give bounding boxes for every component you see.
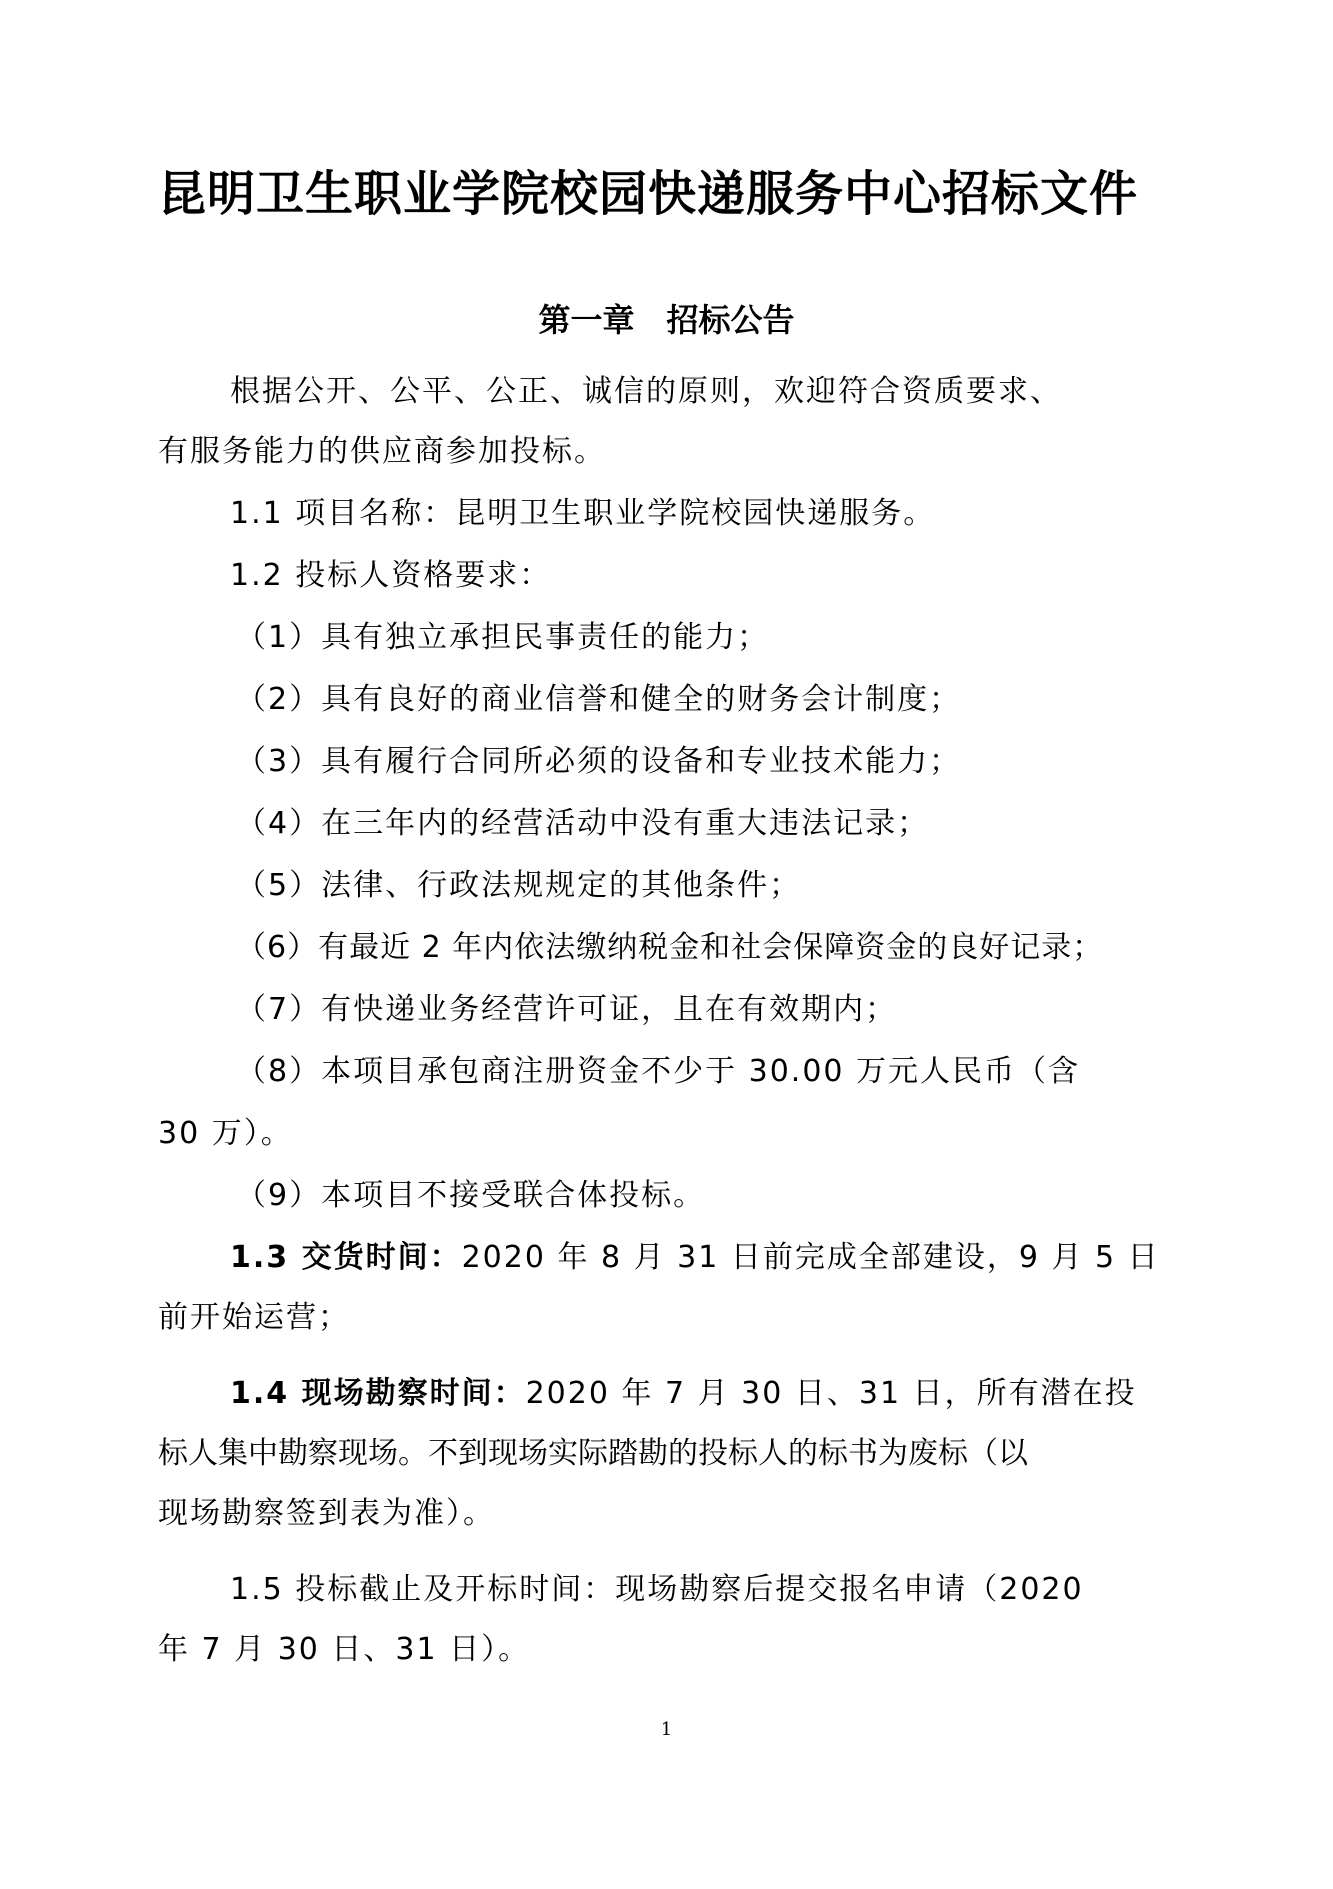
- section-1-1: 1.1 项目名称：昆明卫生职业学院校园快递服务。: [230, 494, 935, 534]
- section-1-4-label: 1.4 现场勘察时间：: [230, 1376, 526, 1411]
- requirement-1: （1）具有独立承担民事责任的能力；: [236, 618, 769, 658]
- section-1-4-line-1: 2020 年 7 月 30 日、31 日，所有潜在投: [526, 1376, 1137, 1411]
- requirement-8: （8）本项目承包商注册资金不少于 30.00 万元人民币（含: [236, 1052, 1080, 1092]
- section-1-3-line-2: 前开始运营；: [158, 1298, 350, 1338]
- requirement-5: （5）法律、行政法规规定的其他条件；: [236, 866, 801, 906]
- intro-line-2: 有服务能力的供应商参加投标。: [158, 432, 606, 472]
- requirement-6: （6）有最近 2 年内依法缴纳税金和社会保障资金的良好记录；: [236, 928, 1103, 968]
- document-page: 昆明卫生职业学院校园快递服务中心招标文件 第一章 招标公告 根据公开、公平、公正…: [0, 0, 1333, 1889]
- section-1-4: 1.4 现场勘察时间：2020 年 7 月 30 日、31 日，所有潜在投: [230, 1374, 1137, 1414]
- intro-line-1: 根据公开、公平、公正、诚信的原则，欢迎符合资质要求、: [230, 372, 1062, 412]
- requirement-9: （9）本项目不接受联合体投标。: [236, 1176, 705, 1216]
- section-1-3-line-1: 2020 年 8 月 31 日前完成全部建设，9 月 5 日: [462, 1240, 1160, 1275]
- section-1-5-label: 1.5 投标截止及开标时间：: [230, 1572, 615, 1607]
- requirement-8-cont: 30 万）。: [158, 1114, 293, 1154]
- document-title: 昆明卫生职业学院校园快递服务中心招标文件: [158, 162, 1198, 226]
- section-1-5: 1.5 投标截止及开标时间：现场勘察后提交报名申请（2020: [230, 1570, 1084, 1610]
- section-1-2-label: 1.2 投标人资格要求：: [230, 556, 551, 596]
- section-1-5-line-2: 年 7 月 30 日、31 日）。: [158, 1630, 530, 1670]
- requirement-7: （7）有快递业务经营许可证，且在有效期内；: [236, 990, 897, 1030]
- requirement-3: （3）具有履行合同所必须的设备和专业技术能力；: [236, 742, 961, 782]
- chapter-title: 第一章 招标公告: [0, 298, 1333, 342]
- page-number: 1: [0, 1718, 1333, 1742]
- section-1-4-line-3: 现场勘察签到表为准）。: [158, 1494, 495, 1534]
- requirement-4: （4）在三年内的经营活动中没有重大违法记录；: [236, 804, 929, 844]
- section-1-1-label: 1.1 项目名称：: [230, 496, 455, 531]
- section-1-5-line-1: 现场勘察后提交报名申请（2020: [615, 1572, 1083, 1607]
- section-1-4-line-2: 标人集中勘察现场。不到现场实际踏勘的投标人的标书为废标（以: [158, 1434, 1028, 1474]
- section-1-1-text: 昆明卫生职业学院校园快递服务。: [455, 496, 935, 531]
- requirement-2: （2）具有良好的商业信誉和健全的财务会计制度；: [236, 680, 961, 720]
- section-1-3-label: 1.3 交货时间：: [230, 1240, 462, 1275]
- section-1-3: 1.3 交货时间：2020 年 8 月 31 日前完成全部建设，9 月 5 日: [230, 1238, 1160, 1278]
